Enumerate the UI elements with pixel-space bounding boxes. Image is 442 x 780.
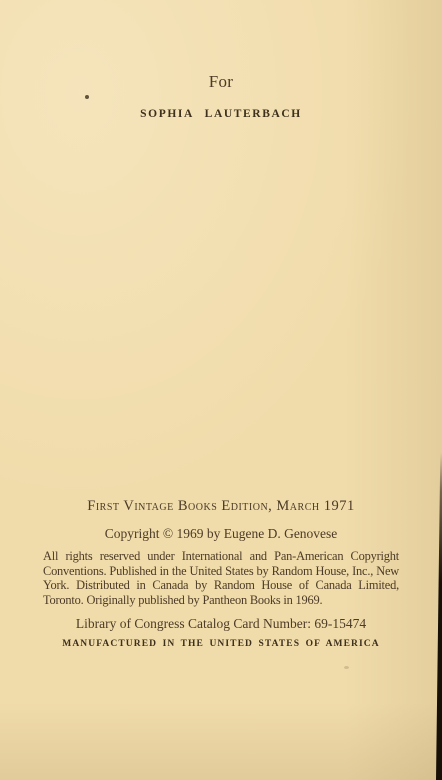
scanned-book-page: { "document": { "kind": "book-copyright-…	[0, 0, 442, 780]
dedication-block: For SOPHIA LAUTERBACH	[0, 72, 442, 120]
imprint-block: First Vintage Books Edition, March 1971 …	[0, 499, 442, 650]
manufactured-line: MANUFACTURED IN THE UNITED STATES OF AME…	[0, 638, 442, 650]
copyright-line: Copyright © 1969 by Eugene D. Genovese	[0, 525, 442, 542]
edition-line: First Vintage Books Edition, March 1971	[0, 499, 442, 514]
dedication-prefix: For	[0, 72, 442, 92]
rights-paragraph: All rights reserved under International …	[43, 549, 399, 607]
dedication-name: SOPHIA LAUTERBACH	[0, 108, 442, 120]
paper-speck	[85, 95, 89, 99]
catalog-number-line: Library of Congress Catalog Card Number:…	[0, 616, 442, 632]
paper-speck	[344, 666, 349, 669]
